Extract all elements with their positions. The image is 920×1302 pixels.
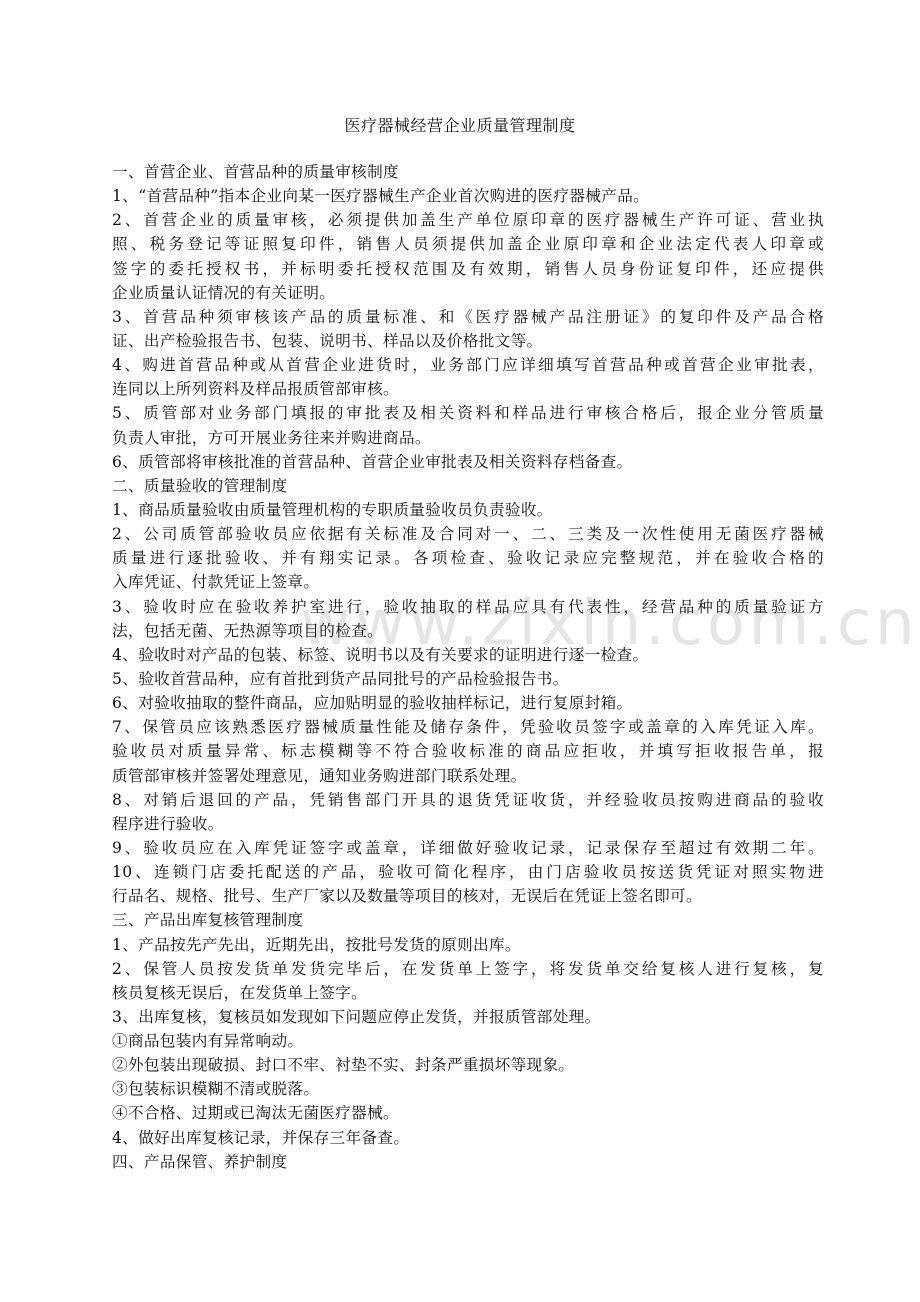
paragraph-line: 6、对验收抽取的整件商品，应加贴明显的验收抽样标记，进行复原封箱。 (112, 691, 824, 715)
sub-item-line: ③包装标识模糊不清或脱落。 (112, 1077, 824, 1101)
paragraph-line: 1、“首营品种”指本企业向某一医疗器械生产企业首次购进的医疗器械产品。 (112, 184, 824, 208)
document-page: 医疗器械经营企业质量管理制度 www.zixin.com.cn 一、首营企业、首… (0, 0, 920, 1302)
section-heading: 二、质量验收的管理制度 (112, 474, 824, 498)
paragraph-line: 质量进行逐批验收、并有翔实记录。各项检查、验收记录应完整规范，并在验收合格的 (112, 546, 824, 570)
paragraph-line: 5、验收首营品种，应有首批到货产品同批号的产品检验报告书。 (112, 667, 824, 691)
paragraph-line: 入库凭证、付款凭证上签章。 (112, 570, 824, 594)
paragraph-line: 9、验收员应在入库凭证签字或盖章，详细做好验收记录，记录保存至超过有效期二年。 (112, 836, 824, 860)
section-heading: 四、产品保管、养护制度 (112, 1150, 824, 1174)
paragraph-line: 3、出库复核，复核员如发现如下问题应停止发货，并报质管部处理。 (112, 1005, 824, 1029)
document-body: 一、首营企业、首营品种的质量审核制度 1、“首营品种”指本企业向某一医疗器械生产… (112, 160, 824, 1174)
paragraph-line: 2、保管人员按发货单发货完毕后，在发货单上签字，将发货单交给复核人进行复核，复 (112, 957, 824, 981)
paragraph-line: 3、验收时应在验收养护室进行，验收抽取的样品应具有代表性，经营品种的质量验证方 (112, 595, 824, 619)
paragraph-line: 1、商品质量验收由质量管理机构的专职质量验收员负责验收。 (112, 498, 824, 522)
sub-item-line: ④不合格、过期或已淘汰无菌医疗器械。 (112, 1101, 824, 1125)
paragraph-line: 核员复核无误后，在发货单上签字。 (112, 981, 824, 1005)
paragraph-line: 连同以上所列资料及样品报质管部审核。 (112, 377, 824, 401)
paragraph-line: 负责人审批，方可开展业务往来并购进商品。 (112, 426, 824, 450)
paragraph-line: 2、首营企业的质量审核，必须提供加盖生产单位原印章的医疗器械生产许可证、营业执 (112, 208, 824, 232)
paragraph-line: 7、保管员应该熟悉医疗器械质量性能及储存条件，凭验收员签字或盖章的入库凭证入库。 (112, 715, 824, 739)
paragraph-line: 法，包括无菌、无热源等项目的检查。 (112, 619, 824, 643)
section-heading: 一、首营企业、首营品种的质量审核制度 (112, 160, 824, 184)
paragraph-line: 1、产品按先产先出，近期先出，按批号发货的原则出库。 (112, 933, 824, 957)
paragraph-line: 4、验收时对产品的包装、标签、说明书以及有关要求的证明进行逐一检查。 (112, 643, 824, 667)
paragraph-line: 6、质管部将审核批准的首营品种、首营企业审批表及相关资料存档备查。 (112, 450, 824, 474)
document-title: 医疗器械经营企业质量管理制度 (0, 114, 920, 138)
paragraph-line: 验收员对质量异常、标志模糊等不符合验收标准的商品应拒收，并填写拒收报告单，报 (112, 739, 824, 763)
paragraph-line: 证、出产检验报告书、包装、说明书、样品以及价格批文等。 (112, 329, 824, 353)
paragraph-line: 企业质量认证情况的有关证明。 (112, 281, 824, 305)
sub-item-line: ①商品包装内有异常响动。 (112, 1029, 824, 1053)
paragraph-line: 3、首营品种须审核该产品的质量标准、和《医疗器械产品注册证》的复印件及产品合格 (112, 305, 824, 329)
section-heading: 三、产品出库复核管理制度 (112, 908, 824, 932)
paragraph-line: 行品名、规格、批号、生产厂家以及数量等项目的核对，无误后在凭证上签名即可。 (112, 884, 824, 908)
paragraph-line: 照、税务登记等证照复印件，销售人员须提供加盖企业原印章和企业法定代表人印章或 (112, 232, 824, 256)
paragraph-line: 4、购进首营品种或从首营企业进货时，业务部门应详细填写首营品种或首营企业审批表， (112, 353, 824, 377)
paragraph-line: 8、对销后退回的产品，凭销售部门开具的退货凭证收货，并经验收员按购进商品的验收 (112, 788, 824, 812)
paragraph-line: 质管部审核并签署处理意见，通知业务购进部门联系处理。 (112, 764, 824, 788)
sub-item-line: ②外包装出现破损、封口不牢、衬垫不实、封条严重损坏等现象。 (112, 1053, 824, 1077)
paragraph-line: 5、质管部对业务部门填报的审批表及相关资料和样品进行审核合格后，报企业分管质量 (112, 401, 824, 425)
paragraph-line: 10、连锁门店委托配送的产品，验收可简化程序，由门店验收员按送货凭证对照实物进 (112, 860, 824, 884)
paragraph-line: 4、做好出库复核记录，并保存三年备查。 (112, 1126, 824, 1150)
paragraph-line: 2、公司质管部验收员应依据有关标准及合同对一、二、三类及一次性使用无菌医疗器械 (112, 522, 824, 546)
paragraph-line: 程序进行验收。 (112, 812, 824, 836)
paragraph-line: 签字的委托授权书，并标明委托授权范围及有效期，销售人员身份证复印件，还应提供 (112, 257, 824, 281)
